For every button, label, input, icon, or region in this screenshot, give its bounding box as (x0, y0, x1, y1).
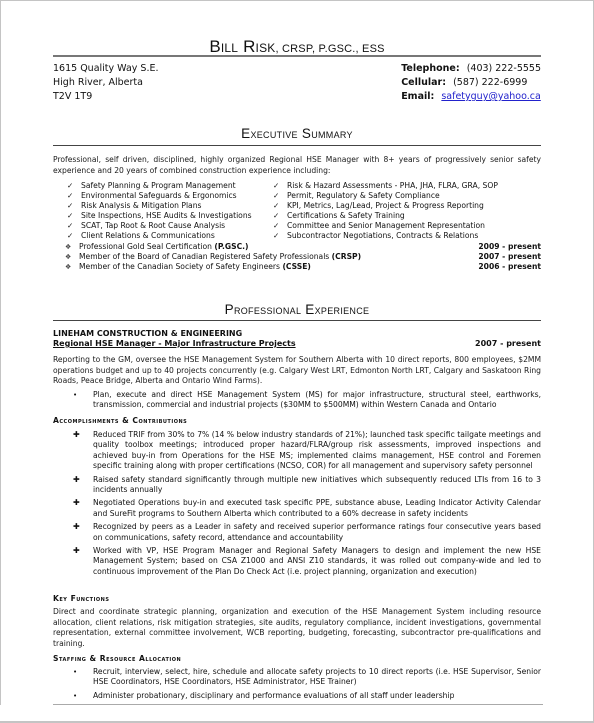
accomplishment-item-text: Raised safety standard significantly thr… (93, 475, 541, 494)
check-icon: ✓ (53, 191, 81, 201)
skill-label: Site Inspections, HSE Audits & Investiga… (81, 211, 252, 220)
check-icon: ✓ (269, 211, 287, 221)
email-label: Email: (401, 91, 434, 102)
certification-name: Member of the Board of Canadian Register… (79, 252, 332, 261)
skill-item: ✓Risk & Hazard Assessments - PHA, JHA, F… (269, 181, 498, 191)
certification-text: ❖Member of the Board of Canadian Registe… (53, 252, 361, 262)
scope-item-text: Plan, execute and direct HSE Management … (93, 390, 541, 409)
check-icon: ✓ (53, 211, 81, 221)
diamond-icon: ❖ (53, 253, 79, 262)
plus-icon: ✚ (73, 430, 80, 440)
address-block: 1615 Quality Way S.E. High River, Albert… (53, 62, 158, 104)
accomplishment-item-text: Recognized by peers as a Leader in safet… (93, 522, 541, 541)
skill-label: Client Relations & Communications (81, 231, 215, 240)
executive-summary-title: Executive Summary (53, 126, 541, 141)
professional-experience-divider (53, 320, 541, 321)
job-header: LINEHAM CONSTRUCTION & ENGINEERING Regio… (53, 329, 541, 349)
cellular-label: Cellular: (401, 77, 446, 88)
address-line-3: T2V 1T9 (53, 90, 158, 104)
accomplishment-item: ✚Raised safety standard significantly th… (33, 475, 541, 496)
diamond-icon: ❖ (53, 243, 79, 252)
certification-text: ❖Member of the Canadian Society of Safet… (53, 262, 311, 272)
job-title: Regional HSE Manager - Major Infrastruct… (53, 339, 296, 349)
accomplishment-item-text: Negotiated Operations buy-in and execute… (93, 498, 541, 517)
accomplishments-heading: Accomplishments & Contributions (53, 416, 541, 426)
credentials-text: , CRSP, P.GSC., ESS (276, 43, 385, 55)
skill-label: Safety Planning & Program Management (81, 181, 236, 190)
plus-icon: ✚ (73, 522, 80, 532)
plus-icon: ✚ (73, 546, 80, 556)
skill-label: SCAT, Tap Root & Root Cause Analysis (81, 221, 225, 230)
certification-abbr: (CRSP) (332, 252, 361, 261)
skills-column-right: ✓Risk & Hazard Assessments - PHA, JHA, F… (269, 181, 498, 240)
certification-years: 2006 - present (478, 262, 541, 272)
executive-summary-intro: Professional, self driven, disciplined, … (53, 155, 541, 176)
skill-item: ✓Safety Planning & Program Management (53, 181, 269, 191)
skill-item: ✓SCAT, Tap Root & Root Cause Analysis (53, 221, 269, 231)
job-years: 2007 - present (475, 339, 541, 349)
address-line-2: High River, Alberta (53, 76, 158, 90)
staffing-item-text: Administer probationary, disciplinary an… (93, 691, 454, 700)
staffing-item: •Recruit, interview, select, hire, sched… (33, 667, 541, 688)
plus-icon: ✚ (73, 498, 80, 508)
certification-name: Member of the Canadian Society of Safety… (79, 262, 282, 271)
header-divider (53, 55, 541, 57)
scope-bullets: •Plan, execute and direct HSE Management… (33, 390, 541, 414)
diamond-icon: ❖ (53, 263, 79, 272)
skills-column-left: ✓Safety Planning & Program Management✓En… (53, 181, 269, 240)
telephone-value: (403) 222-5555 (467, 63, 541, 74)
skill-label: Permit, Regulatory & Safety Compliance (287, 191, 440, 200)
bullet-icon: • (73, 390, 77, 400)
check-icon: ✓ (269, 231, 287, 241)
check-icon: ✓ (269, 201, 287, 211)
certification-item: ❖Member of the Board of Canadian Registe… (53, 252, 541, 262)
company-name: LINEHAM CONSTRUCTION & ENGINEERING (53, 329, 541, 339)
staffing-heading: Staffing & Resource Allocation (53, 654, 541, 664)
accomplishment-item-text: Reduced TRIF from 30% to 7% (14 % below … (93, 430, 541, 470)
skill-item: ✓KPI, Metrics, Lag/Lead, Project & Progr… (269, 201, 498, 211)
scope-list: •Plan, execute and direct HSE Management… (33, 390, 541, 411)
telephone-label: Telephone: (401, 63, 459, 74)
executive-summary-divider (53, 145, 541, 146)
skill-label: Committee and Senior Management Represen… (287, 221, 485, 230)
accomplishments: ✚Reduced TRIF from 30% to 7% (14 % below… (33, 430, 541, 580)
certifications-list: ❖Professional Gold Seal Certification (P… (53, 242, 541, 273)
professional-experience-title: Professional Experience (53, 302, 541, 317)
skill-label: Subcontractor Negotiations, Contracts & … (287, 231, 478, 240)
certification-years: 2007 - present (478, 252, 541, 262)
certification-name: Professional Gold Seal Certification (79, 242, 214, 251)
scope-item: •Plan, execute and direct HSE Management… (33, 390, 541, 411)
check-icon: ✓ (53, 181, 81, 191)
certification-item: ❖Member of the Canadian Society of Safet… (53, 262, 541, 272)
accomplishment-item: ✚Worked with VP, HSE Program Manager and… (33, 546, 541, 577)
key-functions-heading: Key Functions (53, 594, 541, 604)
plus-icon: ✚ (73, 475, 80, 485)
check-icon: ✓ (269, 221, 287, 231)
accomplishment-item: ✚Negotiated Operations buy-in and execut… (33, 498, 541, 519)
contact-block: Telephone: (403) 222-5555 Cellular: (587… (401, 62, 541, 104)
check-icon: ✓ (53, 231, 81, 241)
staffing-list: •Recruit, interview, select, hire, sched… (33, 667, 541, 701)
skill-item: ✓Subcontractor Negotiations, Contracts &… (269, 231, 498, 241)
skills-list: ✓Safety Planning & Program Management✓En… (53, 181, 541, 240)
skill-item: ✓Permit, Regulatory & Safety Compliance (269, 191, 498, 201)
accomplishment-item-text: Worked with VP, HSE Program Manager and … (93, 546, 541, 576)
check-icon: ✓ (269, 181, 287, 191)
check-icon: ✓ (269, 191, 287, 201)
certification-item: ❖Professional Gold Seal Certification (P… (53, 242, 541, 252)
skill-item: ✓Risk Analysis & Mitigation Plans (53, 201, 269, 211)
accomplishment-item: ✚Reduced TRIF from 30% to 7% (14 % below… (33, 430, 541, 472)
certification-text: ❖Professional Gold Seal Certification (P… (53, 242, 249, 252)
name-text: Bill Risk (209, 37, 275, 56)
job-summary: Reporting to the GM, oversee the HSE Man… (53, 355, 541, 387)
accomplishments-list: ✚Reduced TRIF from 30% to 7% (14 % below… (33, 430, 541, 577)
certification-years: 2009 - present (478, 242, 541, 252)
skill-label: Risk Analysis & Mitigation Plans (81, 201, 201, 210)
certification-abbr: (P.GSC.) (214, 242, 248, 251)
key-functions-text: Direct and coordinate strategic planning… (53, 607, 541, 649)
skill-label: Risk & Hazard Assessments - PHA, JHA, FL… (287, 181, 498, 190)
email-link[interactable]: safetyguy@yahoo.ca (441, 91, 540, 102)
certification-abbr: (CSSE) (282, 262, 310, 271)
skill-label: Environmental Safeguards & Ergonomics (81, 191, 237, 200)
accomplishment-item: ✚Recognized by peers as a Leader in safe… (33, 522, 541, 543)
bullet-icon: • (73, 691, 77, 701)
skill-item: ✓Environmental Safeguards & Ergonomics (53, 191, 269, 201)
page-bottom-margin (0, 705, 592, 721)
staffing-item: •Administer probationary, disciplinary a… (33, 691, 541, 701)
skill-item: ✓Client Relations & Communications (53, 231, 269, 241)
bullet-icon: • (73, 667, 77, 677)
cellular-value: (587) 222-6999 (453, 77, 527, 88)
skill-label: KPI, Metrics, Lag/Lead, Project & Progre… (287, 201, 484, 210)
staffing: •Recruit, interview, select, hire, sched… (33, 667, 541, 704)
skill-label: Certifications & Safety Training (287, 211, 405, 220)
check-icon: ✓ (53, 221, 81, 231)
address-line-1: 1615 Quality Way S.E. (53, 62, 158, 76)
skill-item: ✓Site Inspections, HSE Audits & Investig… (53, 211, 269, 221)
skill-item: ✓Certifications & Safety Training (269, 211, 498, 221)
staffing-item-text: Recruit, interview, select, hire, schedu… (93, 667, 541, 686)
skill-item: ✓Committee and Senior Management Represe… (269, 221, 498, 231)
check-icon: ✓ (53, 201, 81, 211)
